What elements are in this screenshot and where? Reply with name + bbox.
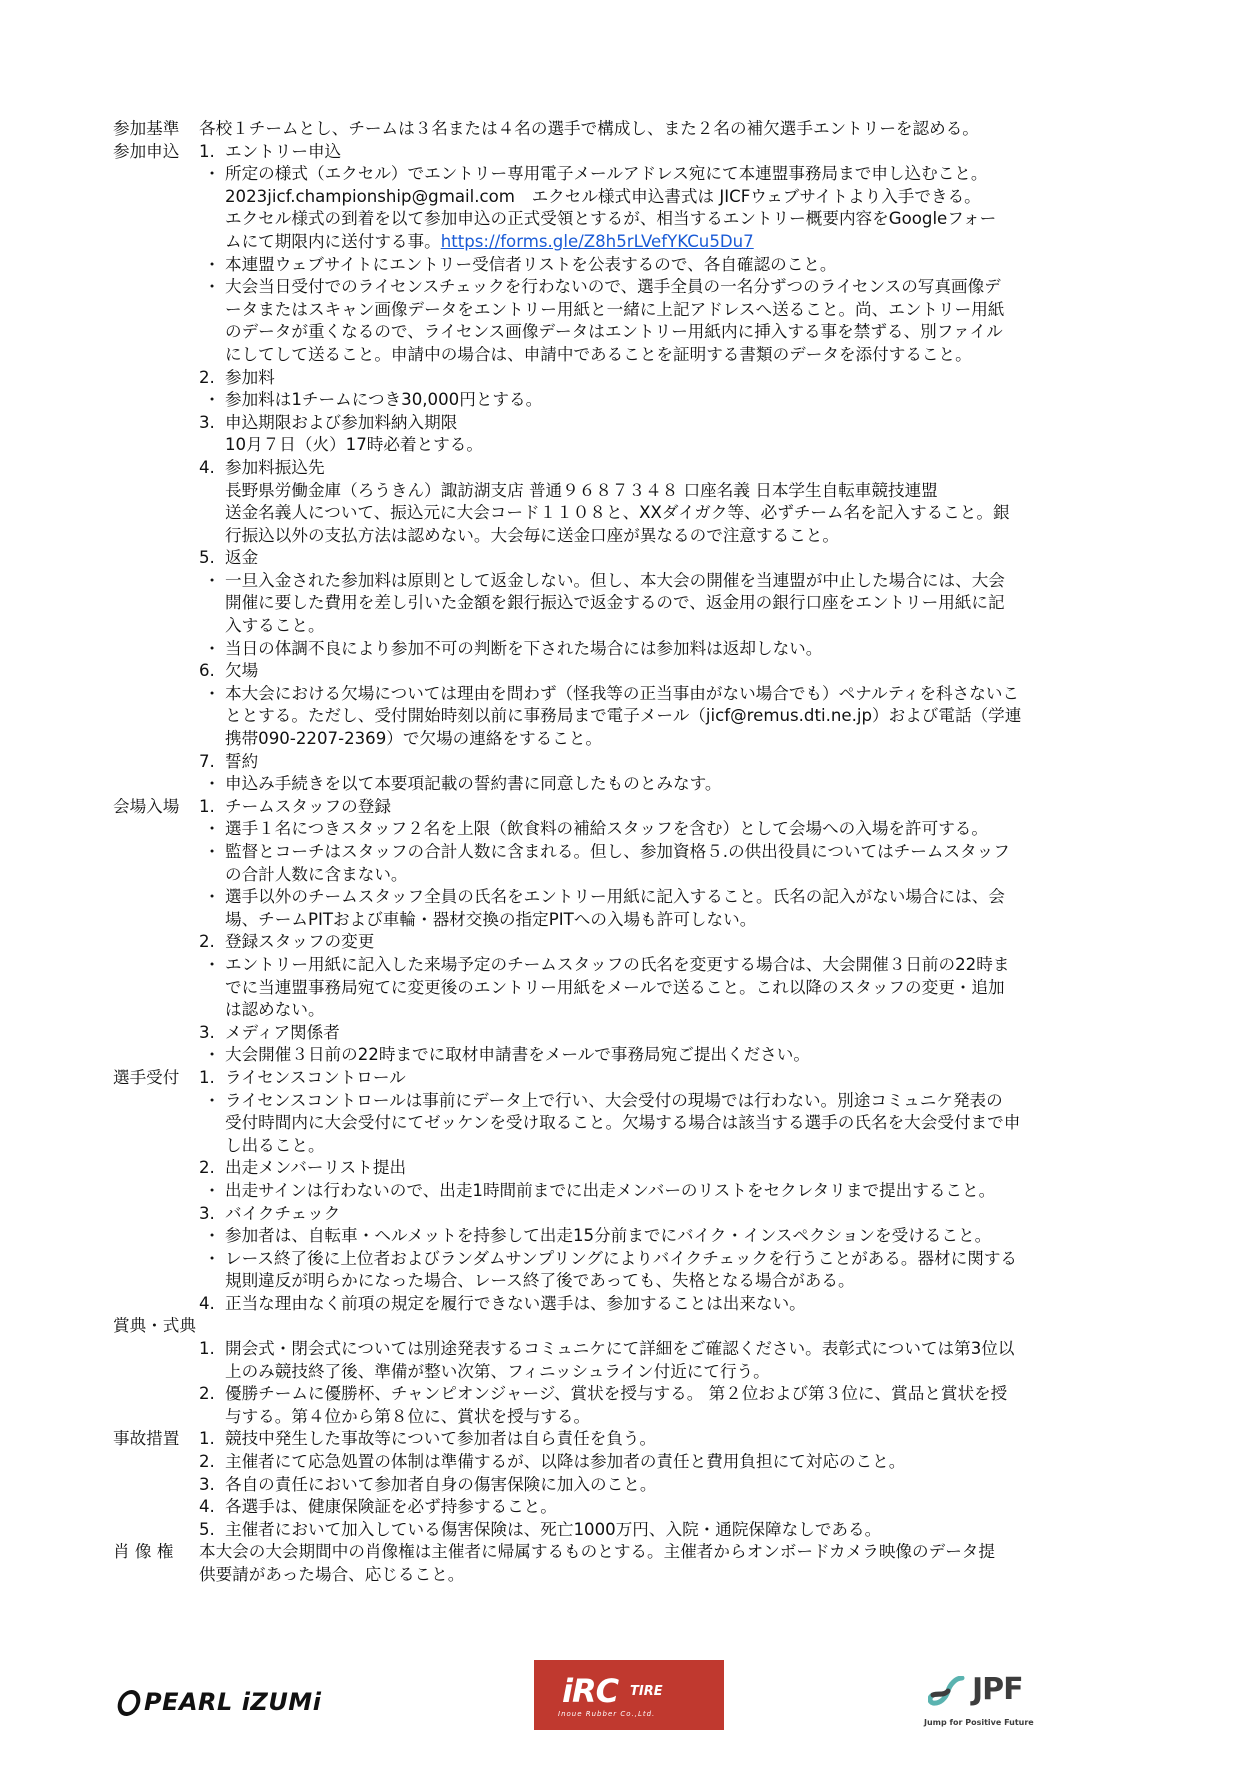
section-label: 会場入場 — [113, 796, 199, 819]
item-title: 参加料振込先 — [225, 457, 325, 480]
section-label: 賞典・式典 — [113, 1315, 199, 1338]
google-form-link[interactable]: https://forms.gle/Z8h5rLVefYKCu5Du7 — [441, 232, 754, 251]
jpf-swoosh-icon — [928, 1676, 968, 1706]
item-title: 返金 — [225, 547, 258, 570]
document-body: 参加基準 各校１チームとし、チームは３名または４名の選手で構成し、また２名の補欠… — [113, 118, 1133, 1587]
criteria-text: 各校１チームとし、チームは３名または４名の選手で構成し、また２名の補欠選手エント… — [199, 118, 1133, 141]
section-label: 選手受付 — [113, 1067, 199, 1090]
section-awards: 賞典・式典 — [113, 1315, 1133, 1338]
sponsor-logos: PEARL iZUMi iRC TIRE Inoue Rubber Co.,Lt… — [0, 1660, 1247, 1750]
section-label: 参加基準 — [113, 118, 199, 141]
section-reception: 選手受付 1.ライセンスコントロール — [113, 1067, 1133, 1090]
item-title: 申込期限および参加料納入期限 — [225, 412, 457, 435]
item-title: 欠場 — [225, 660, 258, 683]
item-title: 参加料 — [225, 367, 275, 390]
pearl-izumi-logo: PEARL iZUMi — [118, 1688, 321, 1716]
item-title: 誓約 — [225, 751, 258, 774]
section-criteria: 参加基準 各校１チームとし、チームは３名または４名の選手で構成し、また２名の補欠… — [113, 118, 1133, 141]
section-label: 肖 像 権 — [113, 1541, 199, 1586]
item-title: エントリー申込 — [225, 141, 341, 164]
section-label: 事故措置 — [113, 1428, 199, 1451]
irc-tire-logo: iRC TIRE Inoue Rubber Co.,Ltd. — [534, 1660, 724, 1730]
section-portrait: 肖 像 権 本大会の大会期間中の肖像権は主催者に帰属するものとする。主催者からオ… — [113, 1541, 1133, 1586]
section-label: 参加申込 — [113, 141, 199, 164]
section-accident: 事故措置 1.競技中発生した事故等について参加者は自ら責任を負う。 — [113, 1428, 1133, 1451]
pearl-izumi-mark-icon — [115, 1690, 143, 1716]
section-venue: 会場入場 1.チームスタッフの登録 — [113, 796, 1133, 819]
jpf-logo: JPF Jump for Positive Future — [924, 1668, 1064, 1738]
entry-bullets: ・ 所定の様式（エクセル）でエントリー専用電子メールアドレス宛にて本連盟事務局ま… — [199, 163, 1133, 796]
section-application: 参加申込 1.エントリー申込 — [113, 141, 1133, 164]
